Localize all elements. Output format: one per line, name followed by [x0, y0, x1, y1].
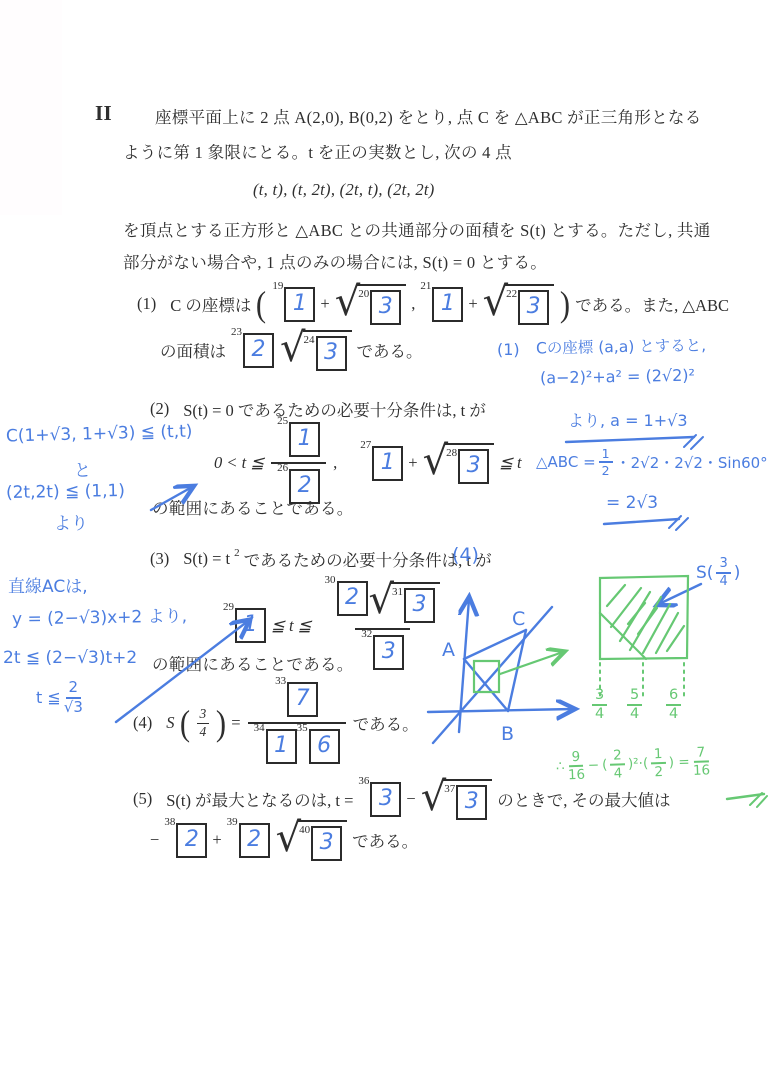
answer-box-23: 232 [231, 333, 274, 368]
answer-box-39: 392 [227, 823, 270, 858]
handwritten-answer-19: 1 [284, 287, 315, 322]
hw-q3-note-line-4: t ≦ 2√3 [36, 680, 83, 716]
hw-s34-label: S( 34 ) [696, 557, 740, 588]
handwritten-answer-27: 1 [372, 446, 403, 481]
hw-q1-work-line-3: より, a = 1+√3 [568, 408, 688, 431]
small-green-square [474, 661, 499, 692]
hatch-lines [607, 585, 684, 653]
q5-label: (5) [133, 789, 152, 809]
q5-text-1: S(t) が最大となるのは, t = [166, 787, 353, 811]
check-ticks [669, 516, 688, 530]
q4-label: (4) [133, 713, 152, 733]
hw-q1-work-line-2: (a−2)²+a² = (2√2)² [540, 366, 695, 388]
handwritten-answer-21: 1 [432, 287, 463, 322]
close-paren: ) [560, 286, 570, 322]
q3-text-1a: S(t) = t [183, 549, 230, 569]
triangle-edge-AC [464, 630, 526, 659]
hw-fraction-9-16: 916 [567, 750, 585, 783]
hw-tick-fraction-2: 54 [627, 688, 642, 722]
handwritten-answer-29: 1 [235, 608, 266, 643]
radical-24: √243 [280, 329, 352, 371]
hw-fraction-7-16: 716 [692, 745, 710, 778]
question-3-header: (3) S(t) = t2 であるための必要十分条件は, t が [150, 547, 492, 571]
handwritten-answer-24: 3 [316, 336, 347, 371]
hw-fraction-half: 12 [599, 447, 613, 477]
question-1-line-2: の面積は 232 √243 である。 [160, 329, 423, 371]
answer-box-27: 271 [360, 446, 403, 481]
radical-40: √403 [276, 819, 348, 861]
q3-exponent: 2 [234, 547, 240, 559]
triangle-edge-CB [508, 630, 526, 711]
handwritten-answer-25: 1 [289, 422, 320, 457]
handwritten-answer-32: 3 [373, 635, 404, 670]
handwritten-answer-22: 3 [518, 290, 549, 325]
q5-text-3: である。 [352, 828, 418, 852]
hw-green-formula: ∴ 916 − ( 24 )²·( 12 ) = 716 [555, 745, 710, 783]
q1-label: (1) [137, 294, 156, 314]
answer-box-21: 211 [420, 287, 463, 322]
q3-leq: ≦ t ≦ [271, 616, 312, 636]
q3-label: (3) [150, 549, 169, 569]
hw-tick-fraction-3: 64 [666, 688, 681, 722]
open-paren: ( [179, 705, 189, 741]
q2-label: (2) [150, 399, 169, 419]
hw-q3-mark: (4) [452, 544, 479, 566]
equals-sign: = [231, 713, 240, 733]
radical-31: √313 [369, 581, 441, 623]
hw-q1-work-line-5: = 2√3 [606, 493, 658, 513]
plus-sign: + [320, 294, 329, 314]
question-2-header: (2) S(t) = 0 であるための必要十分条件は, t が [150, 397, 486, 421]
underline-area-value [604, 519, 679, 524]
underline-green-result [727, 794, 764, 799]
arrow-s34-label [659, 584, 701, 604]
fraction-25-26: 251 262 [271, 420, 326, 506]
statement-line-4: 部分がない場合や, 1 点のみの場合には, S(t) = 0 とする。 [123, 249, 547, 273]
hw-tick-fraction-1: 34 [592, 688, 607, 722]
q3-footer: の範囲にあることである。 [152, 651, 354, 675]
points-line: (t, t), (t, 2t), (2t, t), (2t, 2t) [253, 180, 435, 200]
hw-q1-work-line-4: △ABC = 12 ・2√2・2√2・Sin60° [536, 447, 768, 477]
arrow-to-detail-square [500, 652, 563, 674]
scan-artifact [0, 0, 62, 215]
diagram-vertex-labels: A C B [442, 608, 525, 745]
handwritten-answer-33: 7 [287, 682, 318, 717]
statement-line-3: を頂点とする正方形と △ABC との共通部分の面積を S(t) とする。ただし,… [123, 217, 711, 241]
handwritten-answer-31: 3 [404, 588, 435, 623]
handwritten-answer-23: 2 [243, 333, 274, 368]
handwritten-answer-39: 2 [239, 823, 270, 858]
statement-line-1: 座標平面上に 2 点 A(2,0), B(0,2) をとり, 点 C を △AB… [155, 104, 702, 128]
q4-text-1: である。 [353, 711, 419, 735]
hw-q2-note-line-2: と [74, 456, 91, 481]
q2-leq-t: ≦ t [499, 453, 522, 473]
minus-sign: − [150, 830, 159, 850]
question-2-equation: 0 < t ≦ 251 262 , 271 + √283 ≦ t [214, 420, 522, 506]
q1-text-2: である。また, △ABC [575, 292, 729, 316]
hw-fraction-3-4: 34 [716, 557, 730, 588]
plus-sign: + [212, 830, 221, 850]
statement-line-2: ように第 1 象限にとる。t を正の実数とし, 次の 4 点 [123, 139, 512, 163]
q2-eq-left: 0 < t ≦ [214, 453, 264, 473]
question-4-line: (4) S ( 34 ) = 337 341356 である。 [133, 680, 419, 766]
handwritten-answer-36: 3 [370, 782, 401, 817]
hw-q3-note-line-2: y = (2−√3)x+2 より, [12, 601, 187, 629]
q1-text-4: である。 [357, 338, 423, 362]
check-ticks-green [750, 793, 767, 807]
q5-text-2: のときで, その最大値は [497, 787, 670, 811]
comma: , [411, 294, 415, 314]
plus-sign: + [408, 453, 417, 473]
answer-box-19: 191 [272, 287, 315, 322]
detail-square-cut-line [600, 613, 646, 659]
radical-22: √223 [483, 283, 555, 325]
radical-20: √203 [335, 283, 407, 325]
hw-q2-note-line-4: より [54, 509, 88, 534]
x-axis-stroke [428, 709, 573, 712]
q1-text-3: の面積は [160, 338, 226, 362]
answer-box-29: 291 [223, 608, 266, 643]
q1-text-1: C の座標は [170, 292, 251, 316]
comma: , [333, 453, 337, 473]
radical-37: √373 [421, 778, 493, 820]
answer-box-38: 382 [164, 823, 207, 858]
question-5-line-2: − 382 + 392 √403 である。 [150, 819, 418, 861]
underline-a-value [566, 437, 694, 442]
fraction-33-34-35: 337 341356 [248, 680, 346, 766]
y-axis-stroke [459, 599, 469, 732]
answer-box-36: 363 [358, 782, 401, 817]
handwritten-answer-40: 3 [311, 826, 342, 861]
hw-q2-note-line-1: C(1+√3, 1+√3) ≦ (t,t) [6, 422, 193, 447]
problem-number: II [95, 101, 112, 126]
printed-fraction-3-4: 34 [197, 707, 210, 738]
q2-footer: の範囲にあることである。 [152, 495, 354, 519]
radical-28: √283 [423, 442, 495, 484]
handwritten-answer-37: 3 [456, 785, 487, 820]
handwritten-answer-30: 2 [337, 581, 368, 616]
hw-q2-note-line-3: (2t,2t) ≦ (1,1) [6, 481, 125, 503]
handwritten-answer-35: 6 [309, 729, 340, 764]
hw-q3-note-line-1: 直線ACは, [8, 572, 88, 597]
detail-square-outline [600, 576, 688, 659]
plus-sign: + [468, 294, 477, 314]
hw-q1-work-line-1: Cの座標 (a,a) とすると, [536, 334, 706, 359]
question-5-line-1: (5) S(t) が最大となるのは, t = 363 − √373 のときで, … [133, 778, 670, 820]
open-paren: ( [256, 286, 266, 322]
vertex-label-B: B [501, 723, 514, 745]
q2-text-1: S(t) = 0 であるための必要十分条件は, t が [183, 397, 486, 421]
q4-S: S [166, 713, 174, 733]
exam-page: II 座標平面上に 2 点 A(2,0), B(0,2) をとり, 点 C を … [0, 0, 768, 1085]
vertex-label-C: C [512, 608, 525, 630]
handwritten-answer-28: 3 [458, 449, 489, 484]
handwritten-answer-38: 2 [176, 823, 207, 858]
hw-fraction-2-4: 24 [610, 748, 626, 781]
handwritten-answer-20: 3 [370, 290, 401, 325]
hw-fraction-1-2: 12 [651, 747, 667, 780]
hw-fraction-2-sqrt3: 2√3 [64, 680, 83, 716]
hw-q3-note-line-3: 2t ≦ (2−√3)t+2 [3, 648, 137, 668]
triangle-edge-AB [464, 659, 508, 711]
minus-sign: − [406, 789, 415, 809]
close-paren: ) [216, 705, 226, 741]
hw-q1-work-label: (1) [497, 340, 520, 359]
handwritten-answer-34: 1 [266, 729, 297, 764]
line-y-equals-x [433, 607, 552, 743]
question-1-line-1: (1) C の座標は ( 191 + √203 , 211 + √223 ) で… [137, 283, 729, 325]
